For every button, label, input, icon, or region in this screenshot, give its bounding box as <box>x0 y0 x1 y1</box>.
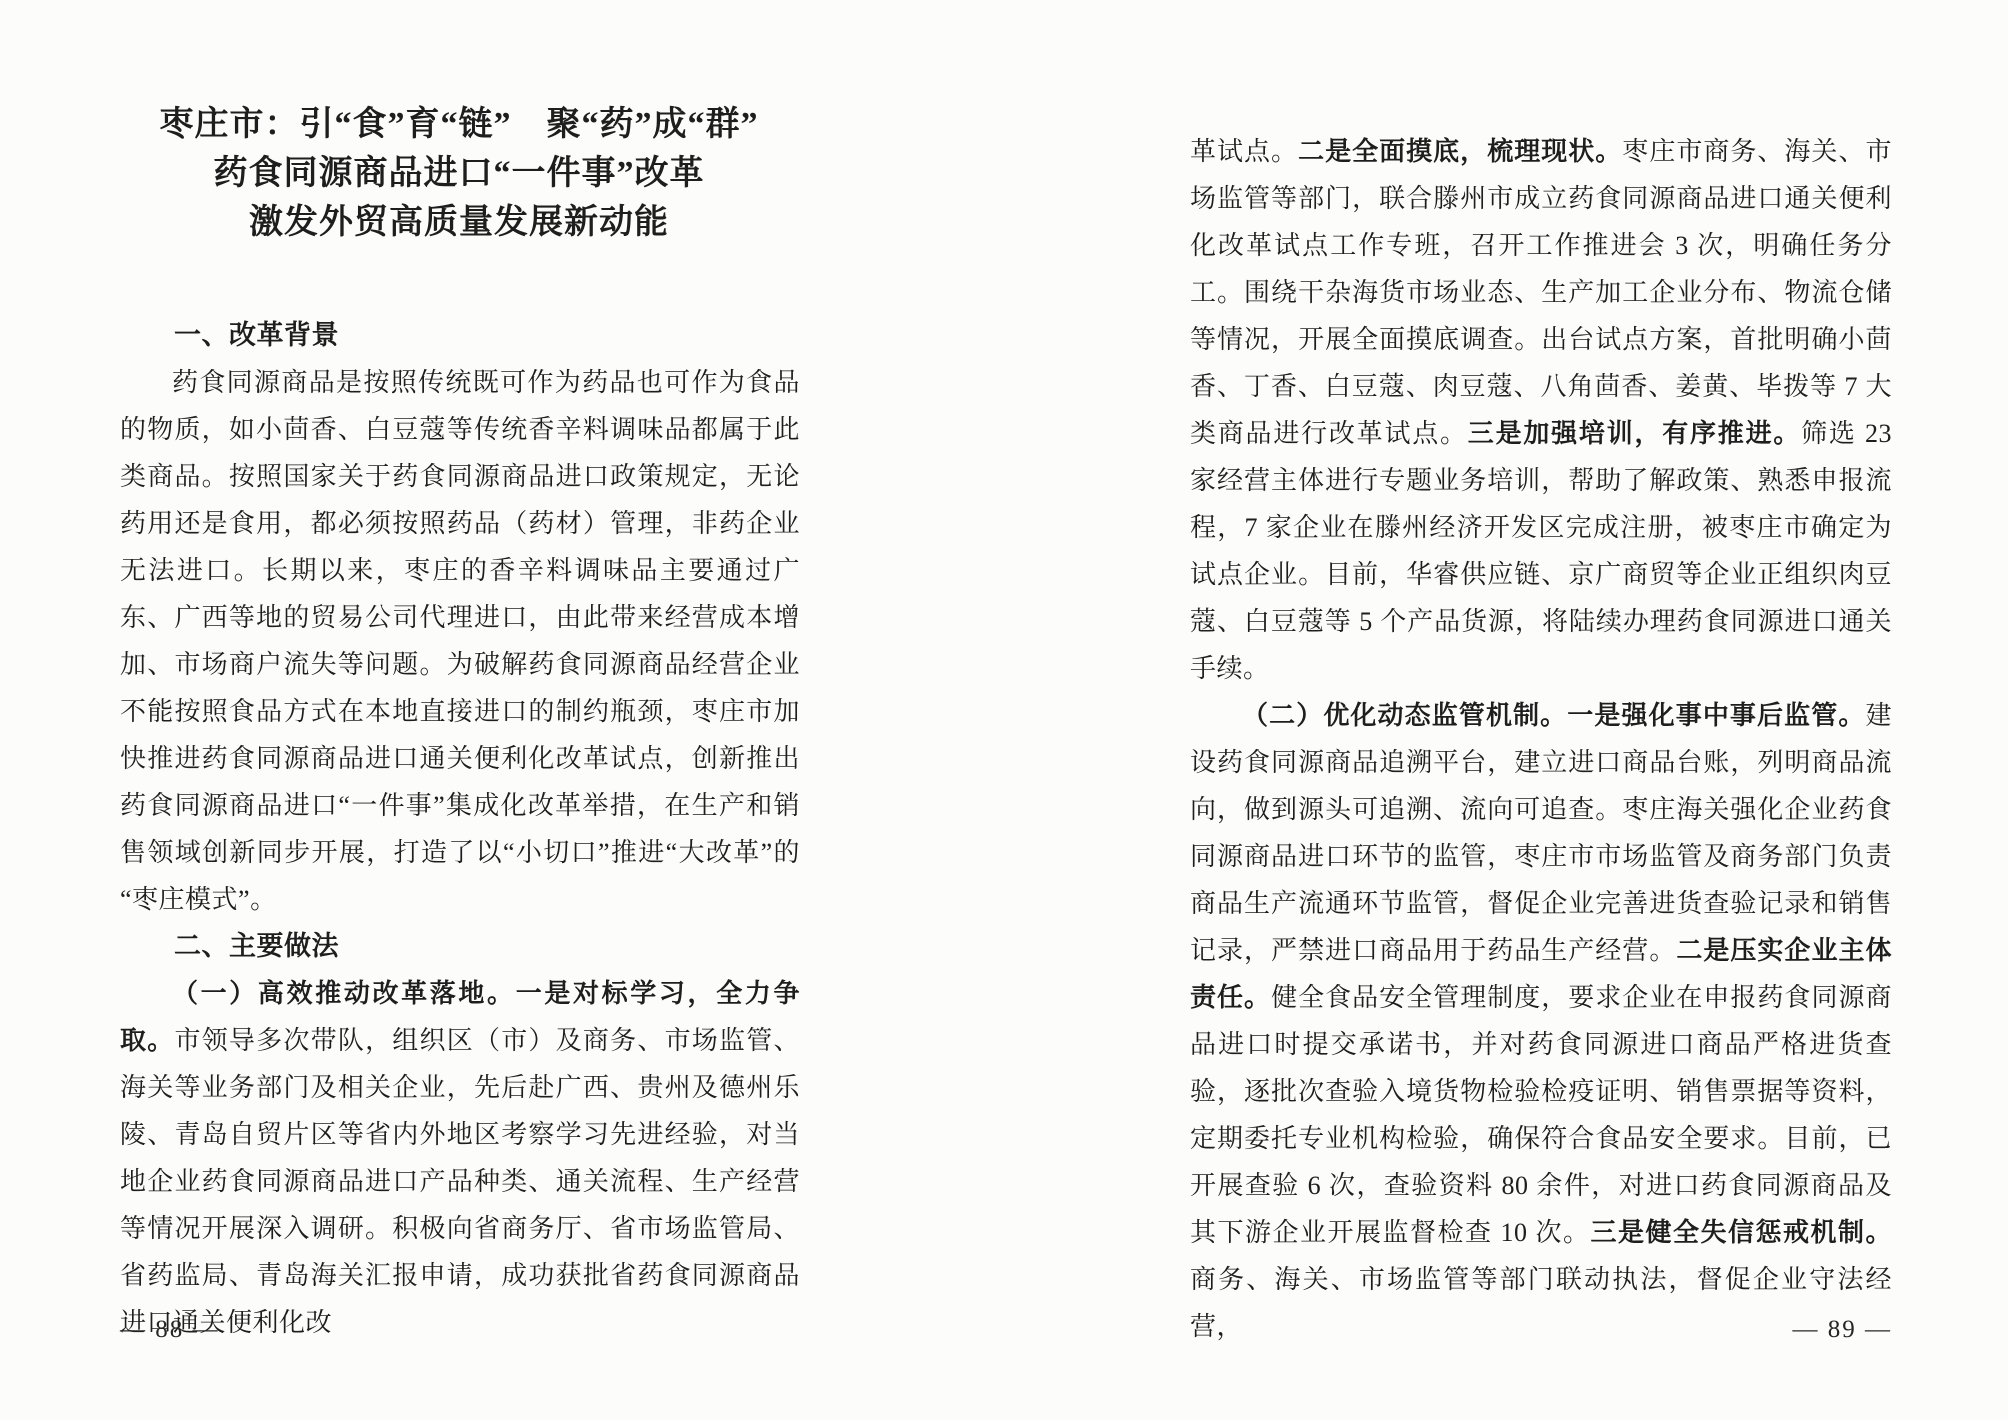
emphasis-text: 三是健全失信惩戒机制。 <box>1590 1218 1892 1247</box>
title-line-2: 药食同源商品进口“一件事”改革 <box>120 149 798 198</box>
section-heading: 二、主要做法 <box>120 923 800 970</box>
body-text: 建设药食同源商品追溯平台，建立进口商品台账，列明商品流向，做到源头可追溯、流向可… <box>1190 701 1892 965</box>
page-88: 枣庄市：引“食”育“链” 聚“药”成“群” 药食同源商品进口“一件事”改革 激发… <box>0 0 1004 1420</box>
emphasis-text: （一）高效推动改革落地。 <box>172 979 516 1008</box>
paragraph: 革试点。二是全面摸底，梳理现状。枣庄市商务、海关、市场监管等部门，联合滕州市成立… <box>1190 128 1892 692</box>
page-88-body: 一、改革背景药食同源商品是按照传统既可作为药品也可作为食品的物质，如小茴香、白豆… <box>120 312 800 1346</box>
paragraph: （一）高效推动改革落地。一是对标学习，全力争取。市领导多次带队，组织区（市）及商… <box>120 970 800 1346</box>
page-89: 革试点。二是全面摸底，梳理现状。枣庄市商务、海关、市场监管等部门，联合滕州市成立… <box>1004 0 2008 1420</box>
body-text: 药食同源商品是按照传统既可作为药品也可作为食品的物质，如小茴香、白豆蔻等传统香辛… <box>120 368 800 914</box>
paragraph: （二）优化动态监管机制。一是强化事中事后监管。建设药食同源商品追溯平台，建立进口… <box>1190 692 1892 1350</box>
page-number-88: — 88 — <box>120 1316 220 1344</box>
emphasis-text: 一是强化事中事后监管。 <box>1567 701 1865 730</box>
body-text: 健全食品安全管理制度，要求企业在申报药食同源商品进口时提交承诺书，并对药食同源进… <box>1190 983 1892 1247</box>
emphasis-text: 三是加强培训，有序推进。 <box>1468 419 1801 448</box>
scanned-document: { "page_left": { "title_lines": [ "枣庄市：引… <box>0 0 2008 1420</box>
document-title: 枣庄市：引“食”育“链” 聚“药”成“群” 药食同源商品进口“一件事”改革 激发… <box>120 100 798 247</box>
body-text: 筛选 23 家经营主体进行专题业务培训，帮助了解政策、熟悉申报流程，7 家企业在… <box>1190 419 1892 683</box>
paragraph: 药食同源商品是按照传统既可作为药品也可作为食品的物质，如小茴香、白豆蔻等传统香辛… <box>120 359 800 923</box>
page-number-89: — 89 — <box>1190 1316 1892 1344</box>
page-89-body: 革试点。二是全面摸底，梳理现状。枣庄市商务、海关、市场监管等部门，联合滕州市成立… <box>1190 128 1892 1350</box>
body-text: 枣庄市商务、海关、市场监管等部门，联合滕州市成立药食同源商品进口通关便利化改革试… <box>1190 137 1892 448</box>
section-heading: 一、改革背景 <box>120 312 800 359</box>
body-text: 市领导多次带队，组织区（市）及商务、市场监管、海关等业务部门及相关企业，先后赴广… <box>120 1026 800 1337</box>
body-text: 革试点。 <box>1190 137 1298 166</box>
emphasis-text: 二是全面摸底，梳理现状。 <box>1298 137 1622 166</box>
emphasis-text: （二）优化动态监管机制。 <box>1242 701 1567 730</box>
title-line-3: 激发外贸高质量发展新动能 <box>120 198 798 247</box>
title-line-1: 枣庄市：引“食”育“链” 聚“药”成“群” <box>120 100 798 149</box>
